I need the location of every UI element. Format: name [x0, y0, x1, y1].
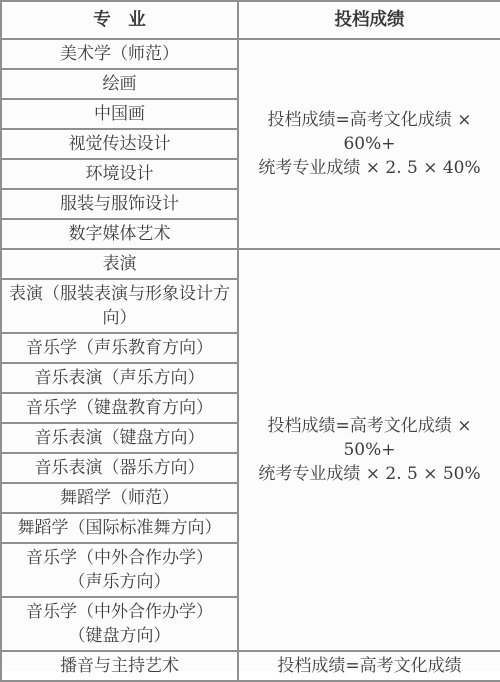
major-cell: 视觉传达设计 — [1, 129, 238, 159]
major-cell: 音乐学（声乐教育方向） — [1, 333, 238, 363]
major-cell: 播音与主持艺术 — [1, 651, 238, 681]
major-cell: 表演（服装表演与形象设计方 向） — [1, 279, 238, 333]
major-cell: 舞蹈学（国际标准舞方向） — [1, 513, 238, 543]
major-cell: 服装与服饰设计 — [1, 189, 238, 219]
admission-score-document: 专 业 投档成绩 美术学（师范） 投档成绩=高考文化成绩 × 60%+ 统考专业… — [0, 0, 500, 671]
major-cell: 数字媒体艺术 — [1, 219, 238, 249]
major-cell: 表演 — [1, 249, 238, 279]
formula-cell-group3: 投档成绩=高考文化成绩 — [238, 651, 500, 681]
header-row: 专 业 投档成绩 — [1, 1, 500, 39]
major-cell: 绘画 — [1, 69, 238, 99]
major-cell: 美术学（师范） — [1, 39, 238, 69]
formula-cell-group2: 投档成绩=高考文化成绩 × 50%+ 统考专业成绩 × 2. 5 × 50% — [238, 249, 500, 651]
table-row: 美术学（师范） 投档成绩=高考文化成绩 × 60%+ 统考专业成绩 × 2. 5… — [1, 39, 500, 69]
formula-cell-group1: 投档成绩=高考文化成绩 × 60%+ 统考专业成绩 × 2. 5 × 40% — [238, 39, 500, 249]
major-cell: 舞蹈学（师范） — [1, 483, 238, 513]
major-cell: 音乐表演（器乐方向） — [1, 453, 238, 483]
major-cell: 音乐学（中外合作办学） （键盘方向） — [1, 597, 238, 651]
header-major: 专 业 — [1, 1, 238, 39]
header-score: 投档成绩 — [238, 1, 500, 39]
table-row: 表演 投档成绩=高考文化成绩 × 50%+ 统考专业成绩 × 2. 5 × 50… — [1, 249, 500, 279]
major-cell: 音乐表演（声乐方向） — [1, 363, 238, 393]
table-row: 播音与主持艺术 投档成绩=高考文化成绩 — [1, 651, 500, 681]
major-cell: 音乐表演（键盘方向） — [1, 423, 238, 453]
major-cell: 音乐学（键盘教育方向） — [1, 393, 238, 423]
major-cell: 中国画 — [1, 99, 238, 129]
admission-score-table: 专 业 投档成绩 美术学（师范） 投档成绩=高考文化成绩 × 60%+ 统考专业… — [0, 0, 500, 682]
major-cell: 音乐学（中外合作办学） （声乐方向） — [1, 543, 238, 597]
major-cell: 环境设计 — [1, 159, 238, 189]
